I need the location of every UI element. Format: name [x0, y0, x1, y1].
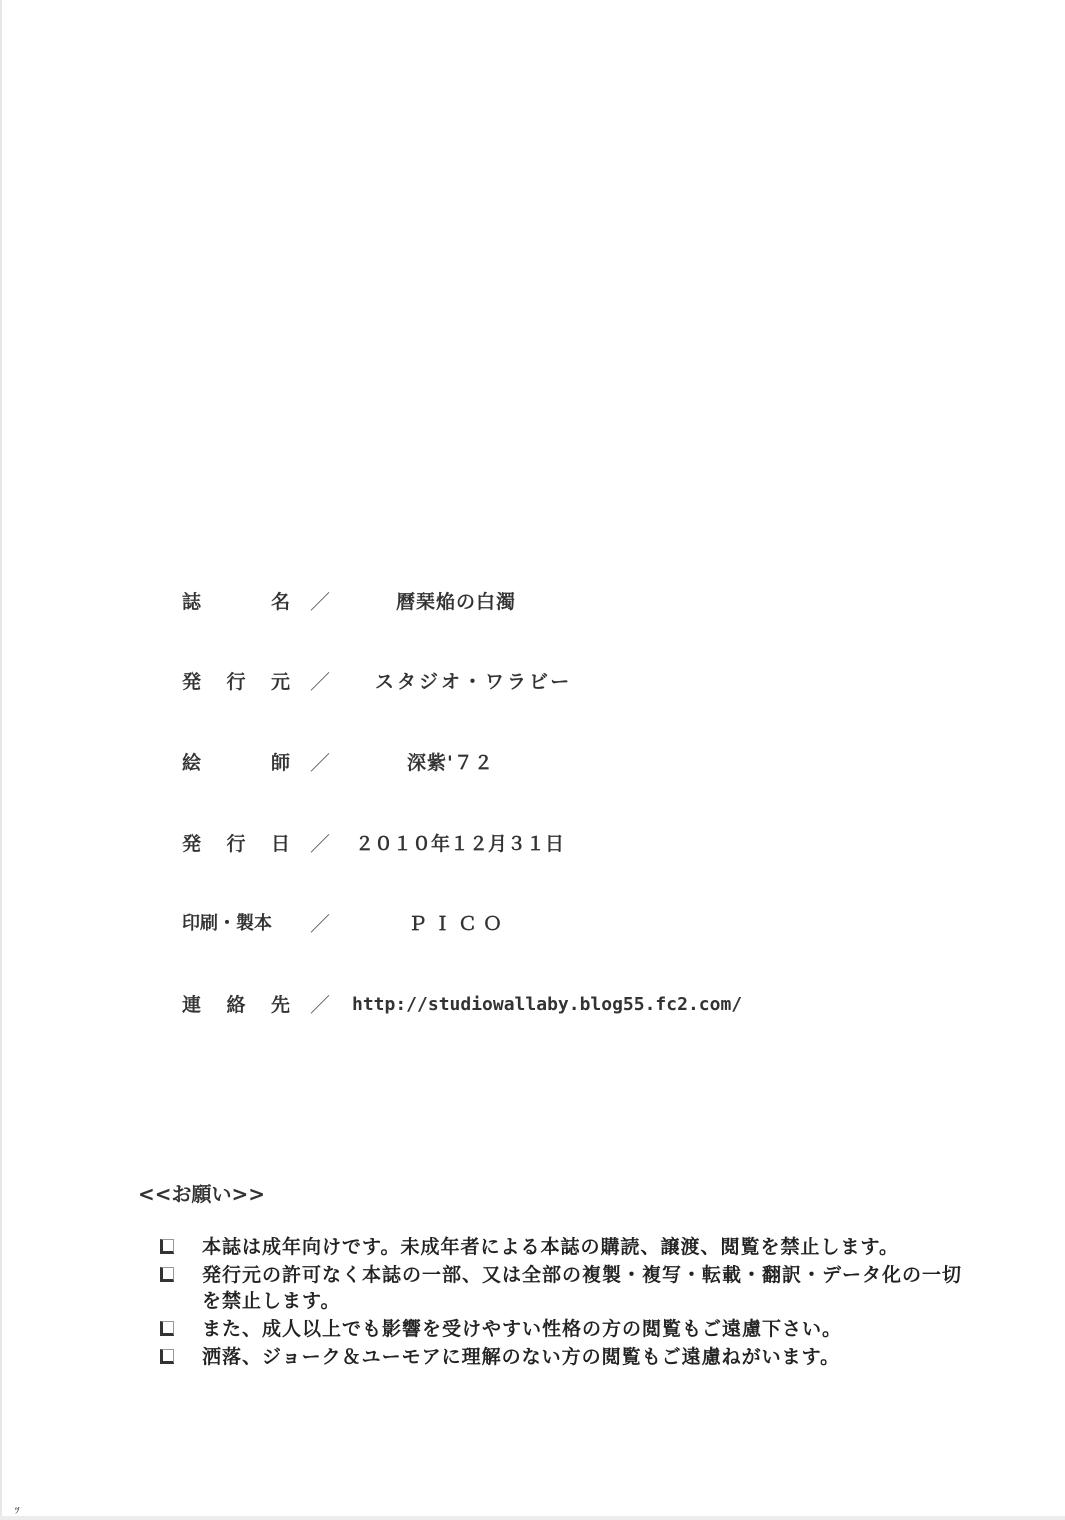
label-char: 発	[182, 829, 201, 859]
notice-text: 本誌は成年向けです。未成年者による本誌の購読、譲渡、閲覧を禁止します。	[202, 1236, 899, 1258]
checkbox-icon	[160, 1321, 174, 1336]
label-publisher: 発 行 元	[182, 667, 290, 697]
contact-url[interactable]: http://studiowallaby.blog55.fc2.com/	[352, 990, 742, 1020]
label-char: 行	[226, 667, 245, 697]
notice-item: 発行元の許可なく本誌の一部、又は全部の複製・複写・転載・翻訳・データ化の一切を禁…	[158, 1262, 978, 1314]
notice-item: また、成人以上でも影響を受けやすい性格の方の閲覧もご遠慮下さい。	[158, 1316, 978, 1342]
separator: ／	[310, 748, 330, 778]
label-char: 日	[271, 829, 290, 859]
notice-item: 洒落、ジョーク＆ユーモアに理解のない方の閲覧もご遠慮ねがいます。	[158, 1344, 978, 1370]
colophon-row-date: 発 行 日 ／ ２０１０年１２月３１日	[0, 829, 1065, 859]
colophon-row-contact: 連 絡 先 ／ http://studiowallaby.blog55.fc2.…	[0, 990, 1065, 1020]
value-artist: 深紫'７２	[407, 748, 494, 778]
page-edge-bottom	[0, 1516, 1065, 1520]
notice-item: 本誌は成年向けです。未成年者による本誌の購読、譲渡、閲覧を禁止します。	[158, 1234, 978, 1260]
separator: ／	[310, 587, 330, 617]
label-char: 絡	[226, 990, 245, 1020]
notice-list: 本誌は成年向けです。未成年者による本誌の購読、譲渡、閲覧を禁止します。 発行元の…	[158, 1234, 978, 1370]
notice-text: 発行元の許可なく本誌の一部、又は全部の複製・複写・転載・翻訳・データ化の一切を禁…	[202, 1264, 962, 1312]
label-char: 印刷・製本	[182, 909, 272, 939]
value-date: ２０１０年１２月３１日	[355, 829, 564, 859]
notice-text: 洒落、ジョーク＆ユーモアに理解のない方の閲覧もご遠慮ねがいます。	[202, 1346, 840, 1368]
label-artist: 絵 師	[182, 748, 290, 778]
label-char: 発	[182, 667, 201, 697]
notice-text: また、成人以上でも影響を受けやすい性格の方の閲覧もご遠慮下さい。	[202, 1318, 842, 1340]
value-publisher: スタジオ・ワラビー	[375, 667, 572, 697]
label-char: 絵	[182, 748, 201, 778]
checkbox-icon	[160, 1349, 174, 1364]
checkbox-icon	[160, 1239, 174, 1254]
separator: ／	[310, 990, 330, 1020]
label-char: 連	[182, 990, 201, 1020]
label-char: 行	[226, 829, 245, 859]
notice-title: <<お願い>>	[138, 1178, 265, 1207]
colophon-row-printer: 印刷・製本 ／ ＰＩＣＯ	[0, 909, 1065, 939]
label-char: 師	[271, 748, 290, 778]
label-char: 名	[271, 587, 290, 617]
colophon-row-publisher: 発 行 元 ／ スタジオ・ワラビー	[0, 667, 1065, 697]
separator: ／	[310, 829, 330, 859]
separator: ／	[310, 667, 330, 697]
label-printer: 印刷・製本	[182, 909, 290, 939]
label-char: 誌	[182, 587, 201, 617]
page-mark: ｯ	[14, 1500, 20, 1517]
checkbox-icon	[160, 1267, 174, 1282]
label-char: 元	[271, 667, 290, 697]
label-title: 誌 名	[182, 587, 290, 617]
label-char: 先	[271, 990, 290, 1020]
value-title: 曆琹焔の白濁	[396, 587, 516, 617]
value-printer: ＰＩＣＯ	[408, 909, 508, 939]
colophon-row-artist: 絵 師 ／ 深紫'７２	[0, 748, 1065, 778]
label-contact: 連 絡 先	[182, 990, 290, 1020]
label-date: 発 行 日	[182, 829, 290, 859]
colophon-row-title: 誌 名 ／ 曆琹焔の白濁	[0, 587, 1065, 617]
separator: ／	[310, 909, 330, 939]
